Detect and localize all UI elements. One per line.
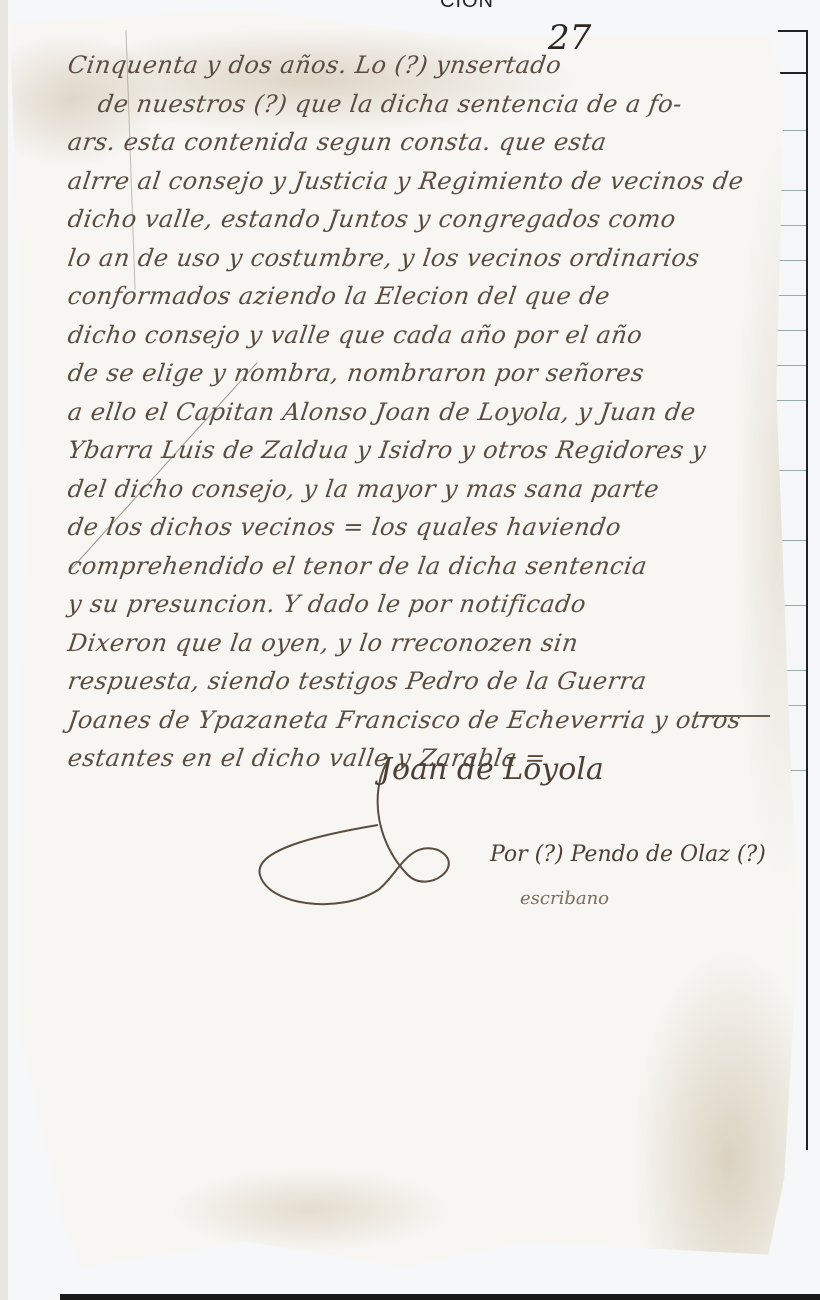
text-line: y su presuncion. Y dado le por notificad… bbox=[65, 585, 790, 624]
text-line: conformados aziendo la Elecion del que d… bbox=[65, 277, 790, 316]
scanner-bottom-edge bbox=[60, 1294, 820, 1300]
text-line: de los dichos vecinos = los quales havie… bbox=[65, 508, 790, 547]
text-line: Joanes de Ypazaneta Francisco de Echever… bbox=[65, 701, 790, 740]
text-line: Cinquenta y dos años. Lo (?) ynsertado bbox=[65, 46, 790, 85]
line-end-dash bbox=[700, 715, 770, 717]
ruling-vertical-line bbox=[806, 30, 808, 1150]
signature-tertiary: escribano bbox=[520, 888, 609, 909]
printed-header-fragment: CION bbox=[440, 0, 494, 13]
text-line: Dixeron que la oyen, y lo rreconozen sin bbox=[65, 624, 790, 663]
text-line: de nuestros (?) que la dicha sentencia d… bbox=[65, 85, 790, 124]
text-line: alrre al consejo y Justicia y Regimiento… bbox=[65, 162, 790, 201]
text-line: lo an de uso y costumbre, y los vecinos … bbox=[65, 239, 790, 278]
left-edge-strip bbox=[0, 0, 8, 1300]
text-line: dicho consejo y valle que cada año por e… bbox=[65, 316, 790, 355]
text-line: ars. esta contenida segun consta. que es… bbox=[65, 123, 790, 162]
text-line: Ybarra Luis de Zaldua y Isidro y otros R… bbox=[65, 431, 790, 470]
text-line: comprehendido el tenor de la dicha sente… bbox=[65, 547, 790, 586]
text-line: de se elige y nombra, nombraron por seño… bbox=[65, 354, 790, 393]
signature-primary: Joan de Loyola bbox=[380, 752, 604, 787]
text-line: del dicho consejo, y la mayor y mas sana… bbox=[65, 470, 790, 509]
text-line: dicho valle, estando Juntos y congregado… bbox=[65, 200, 790, 239]
text-line: respuesta, siendo testigos Pedro de la G… bbox=[65, 662, 790, 701]
signature-secondary: Por (?) Pendo de Olaz (?) bbox=[490, 842, 766, 867]
text-line: a ello el Capitan Alonso Joan de Loyola,… bbox=[65, 393, 790, 432]
manuscript-text-block: Cinquenta y dos años. Lo (?) ynsertado d… bbox=[68, 46, 788, 778]
ruling-line-top bbox=[778, 30, 808, 32]
